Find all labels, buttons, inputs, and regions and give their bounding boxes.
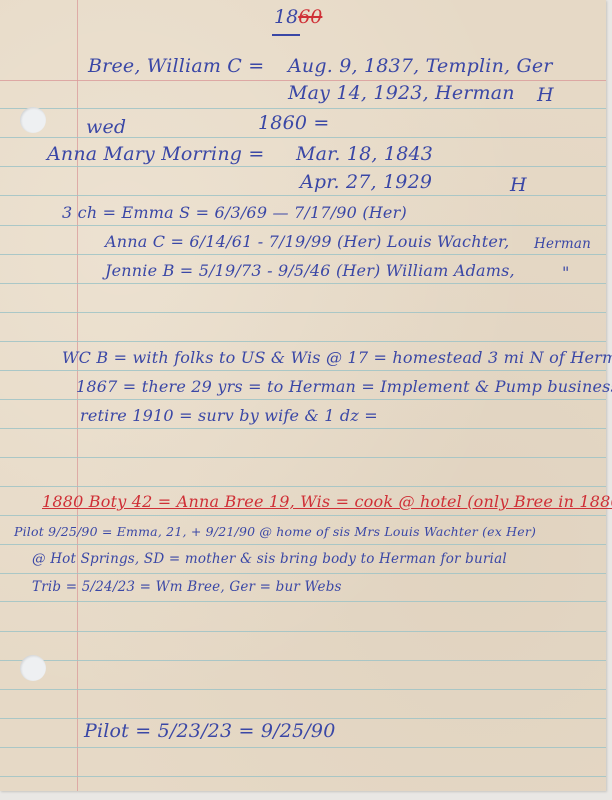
title-underline bbox=[272, 34, 300, 36]
note-hot-springs: @ Hot Springs, SD = mother & sis bring b… bbox=[32, 553, 507, 567]
marriage-year: 1860 = bbox=[258, 114, 330, 133]
biography-line-1: WC B = with folks to US & Wis @ 17 = hom… bbox=[62, 350, 612, 366]
ruled-line bbox=[0, 747, 606, 748]
struck-digits: 60 bbox=[298, 6, 322, 28]
children-intro: 3 ch = Emma S = 6/3/69 — 7/17/90 (Her) bbox=[62, 205, 407, 221]
biography-line-2: 1867 = there 29 yrs = to Herman = Implem… bbox=[76, 379, 612, 395]
ruled-line bbox=[0, 341, 606, 342]
ruled-line bbox=[0, 225, 606, 226]
ruled-line bbox=[0, 601, 606, 602]
notebook-page: 1860 Bree, William C = Aug. 9, 1837, Tem… bbox=[0, 0, 606, 791]
year-prefix: 18 bbox=[274, 6, 298, 28]
ruled-line bbox=[0, 283, 606, 284]
husband-death-mark: H bbox=[537, 86, 554, 105]
ruled-line bbox=[0, 254, 606, 255]
child-row-anna: Anna C = 6/14/61 - 7/19/99 (Her) Louis W… bbox=[105, 234, 509, 250]
biography-line-3: retire 1910 = surv by wife & 1 dz = bbox=[80, 408, 378, 424]
ruled-line bbox=[0, 108, 606, 109]
ruled-line bbox=[0, 370, 606, 371]
header-rule bbox=[0, 80, 606, 81]
ruled-line bbox=[0, 457, 606, 458]
wife-name: Anna Mary Morring = bbox=[47, 145, 265, 164]
ruled-line bbox=[0, 544, 606, 545]
husband-death: May 14, 1923, Herman bbox=[288, 84, 515, 103]
wife-death: Apr. 27, 1929 bbox=[300, 173, 432, 192]
wife-birth: Mar. 18, 1843 bbox=[296, 145, 433, 164]
punch-hole-top bbox=[20, 107, 46, 133]
ruled-line bbox=[0, 312, 606, 313]
marriage-label: wed bbox=[86, 118, 126, 137]
punch-hole-bottom bbox=[20, 655, 46, 681]
ruled-line bbox=[0, 573, 606, 574]
husband-name: Bree, William C = bbox=[88, 57, 264, 76]
note-pilot-1890: Pilot 9/25/90 = Emma, 21, + 9/21/90 @ ho… bbox=[14, 526, 536, 539]
wife-death-mark: H bbox=[510, 176, 527, 195]
page-year-title: 1860 bbox=[274, 6, 322, 28]
ruled-line bbox=[0, 515, 606, 516]
husband-birth: Aug. 9, 1837, Templin, Ger bbox=[288, 57, 553, 76]
child-row-jennie: Jennie B = 5/19/73 - 9/5/46 (Her) Willia… bbox=[105, 263, 515, 279]
ruled-line bbox=[0, 166, 606, 167]
footer-pilot-dates: Pilot = 5/23/23 = 9/25/90 bbox=[84, 722, 336, 741]
ruled-line bbox=[0, 660, 606, 661]
note-trib-1923: Trib = 5/24/23 = Wm Bree, Ger = bur Webs bbox=[32, 581, 342, 595]
ruled-line bbox=[0, 776, 606, 777]
ruled-line bbox=[0, 718, 606, 719]
ruled-line bbox=[0, 428, 606, 429]
ruled-line bbox=[0, 631, 606, 632]
ruled-line bbox=[0, 689, 606, 690]
child-row-jennie-place: " bbox=[562, 265, 570, 281]
ruled-line bbox=[0, 399, 606, 400]
child-row-anna-place: Herman bbox=[534, 238, 591, 252]
ruled-line bbox=[0, 486, 606, 487]
census-1880-line: 1880 Boty 42 = Anna Bree 19, Wis = cook … bbox=[42, 494, 612, 510]
